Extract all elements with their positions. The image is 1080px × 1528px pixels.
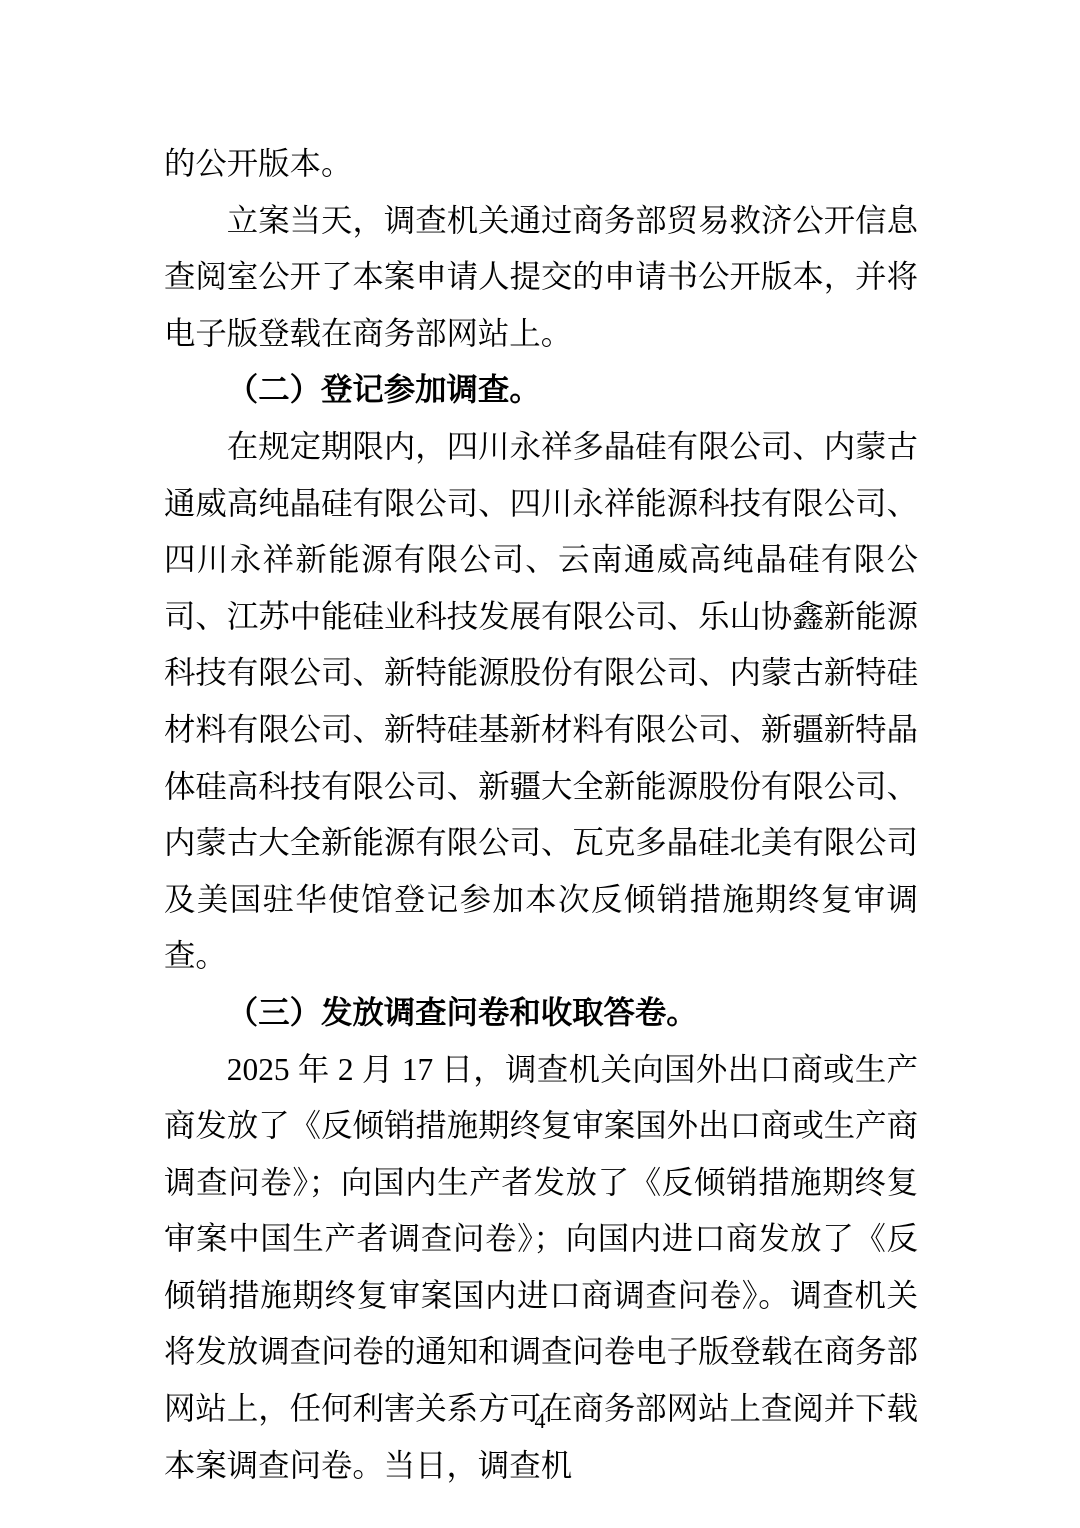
paragraph-registered-companies: 在规定期限内，四川永祥多晶硅有限公司、内蒙古通威高纯晶硅有限公司、四川永祥能源科… (164, 419, 918, 985)
section-heading-questionnaires: （三）发放调查问卷和收取答卷。 (164, 985, 918, 1042)
paragraph-case-filing: 立案当天，调查机关通过商务部贸易救济公开信息查阅室公开了本案申请人提交的申请书公… (164, 193, 918, 363)
paragraph-continuation: 的公开版本。 (164, 136, 918, 193)
page-number: 4 (0, 1406, 1080, 1436)
document-page: 的公开版本。 立案当天，调查机关通过商务部贸易救济公开信息查阅室公开了本案申请人… (0, 0, 1080, 1528)
section-heading-registration: （二）登记参加调查。 (164, 362, 918, 419)
document-content: 的公开版本。 立案当天，调查机关通过商务部贸易救济公开信息查阅室公开了本案申请人… (164, 136, 918, 1494)
